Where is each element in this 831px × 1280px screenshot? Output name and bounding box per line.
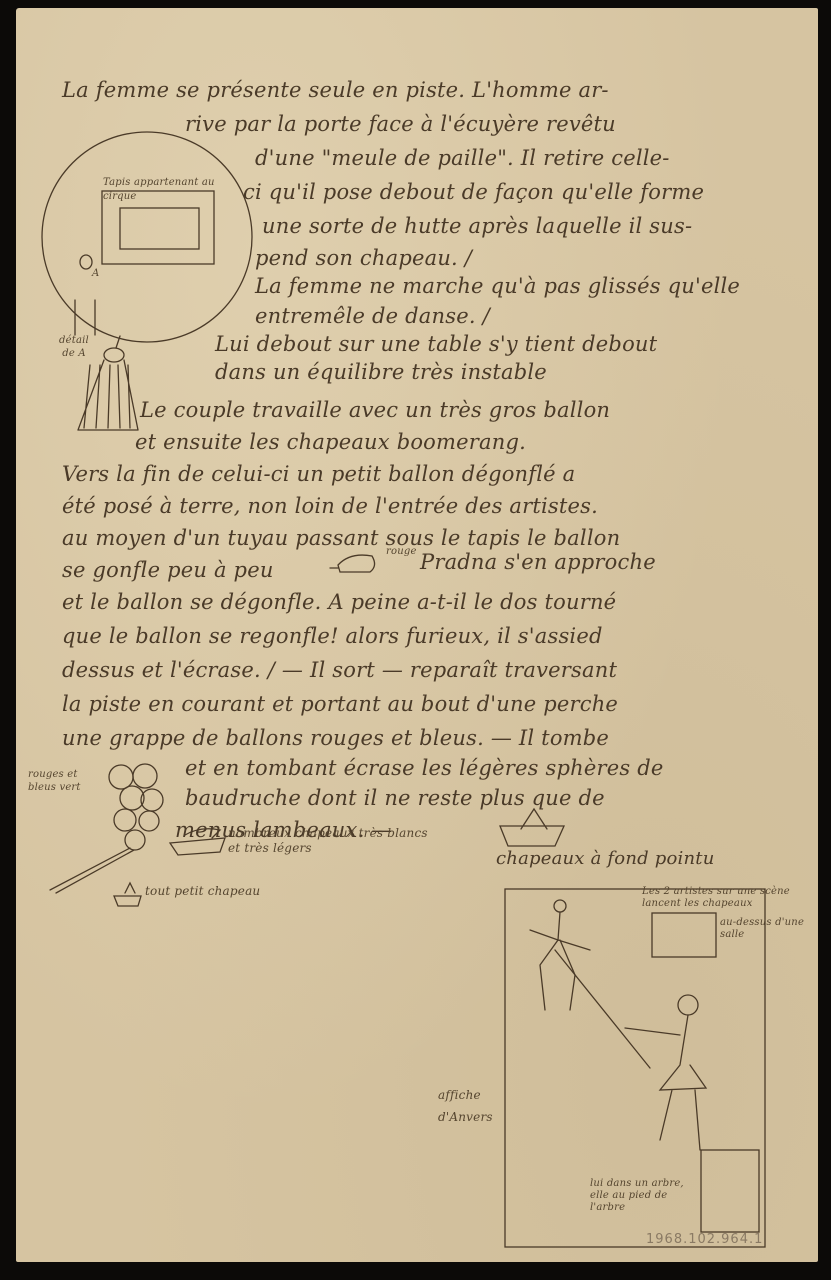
text-line: et en tombant écrase les légères sphères… xyxy=(185,756,664,780)
catalog-number: 1968.102.964.1 xyxy=(646,1232,763,1247)
text-line: pend son chapeau. / xyxy=(255,246,472,270)
text-line: et ensuite les chapeaux boomerang. xyxy=(135,430,526,454)
figure-upper-head xyxy=(554,900,566,912)
balloon-pole-sketch xyxy=(50,848,134,893)
text-line: rive par la porte face à l'écuyère revêt… xyxy=(185,112,616,136)
text-line: ci qu'il pose debout de façon qu'elle fo… xyxy=(243,180,704,204)
inset-top-frame xyxy=(652,913,716,957)
text-line: une grappe de ballons rouges et bleus. —… xyxy=(62,726,609,750)
balloon-sketch xyxy=(109,765,133,789)
text-line: Vers la fin de celui-ci un petit ballon … xyxy=(62,462,575,486)
text-line: La femme ne marche qu'à pas glissés qu'e… xyxy=(255,274,740,298)
text-line: une sorte de hutte après laquelle il sus… xyxy=(262,214,692,238)
text-line: Pradna s'en approche xyxy=(420,550,656,574)
text-line: au moyen d'un tuyau passant sous le tapi… xyxy=(62,526,620,550)
circus-ring-sketch xyxy=(42,132,252,342)
text-line: dessus et l'écrase. / — Il sort — repara… xyxy=(62,658,617,682)
text-line: Le couple travaille avec un très gros ba… xyxy=(140,398,610,422)
text-line: La femme se présente seule en piste. L'h… xyxy=(62,78,609,102)
inset-top-label: Les 2 artistes sur une scène lancent les… xyxy=(642,886,812,910)
inset-bottom-label: lui dans un arbre, elle au pied de l'arb… xyxy=(590,1178,702,1214)
text-line: été posé à terre, non loin de l'entrée d… xyxy=(62,494,598,518)
carpet-label: Tapis appartenant au cirque xyxy=(103,176,223,204)
pump-annotation: rouge xyxy=(386,546,417,557)
flat-hats-label: nombreux chapeaux très blancs et très lé… xyxy=(228,826,438,856)
point-a-marker xyxy=(80,255,92,269)
text-line: entremêle de danse. / xyxy=(255,304,490,328)
tassel-fringe-sketch xyxy=(78,360,138,430)
small-hat-label: tout petit chapeau xyxy=(145,884,260,898)
point-a-label: A xyxy=(92,268,99,279)
inset-top-side-label: au-dessus d'une salle xyxy=(720,917,810,941)
tiny-hat-sketch xyxy=(114,883,141,906)
inset-bottom-frame xyxy=(701,1150,759,1232)
detail-a-label: détail de A xyxy=(52,334,96,360)
poster-label: affiche d'Anvers xyxy=(438,1084,508,1128)
text-line: et le ballon se dégonfle. A peine a-t-il… xyxy=(62,590,616,614)
text-line: se gonfle peu à peu xyxy=(62,558,274,582)
text-line: dans un équilibre très instable xyxy=(215,360,547,384)
figure-upper-body xyxy=(530,912,590,1010)
balloon-colors-label: rouges et bleus vert xyxy=(28,768,84,794)
figure-lower-body xyxy=(625,1015,706,1150)
text-line: que le ballon se regonfle! alors furieux… xyxy=(62,624,603,648)
pointed-hat-sketch xyxy=(500,809,564,846)
text-line: la piste en courant et portant au bout d… xyxy=(62,692,618,716)
pointed-hats-label: chapeaux à fond pointu xyxy=(496,848,715,869)
tassel-top-sketch xyxy=(104,348,124,362)
figure-lower-head xyxy=(678,995,698,1015)
carpet-inner-sketch xyxy=(120,208,199,249)
text-line: baudruche dont il ne reste plus que de xyxy=(185,786,605,810)
pole-sketch xyxy=(555,950,650,1068)
text-line: Lui debout sur une table s'y tient debou… xyxy=(215,332,657,356)
text-line: d'une "meule de paille". Il retire celle… xyxy=(255,146,670,170)
pump-sketch xyxy=(330,555,375,572)
